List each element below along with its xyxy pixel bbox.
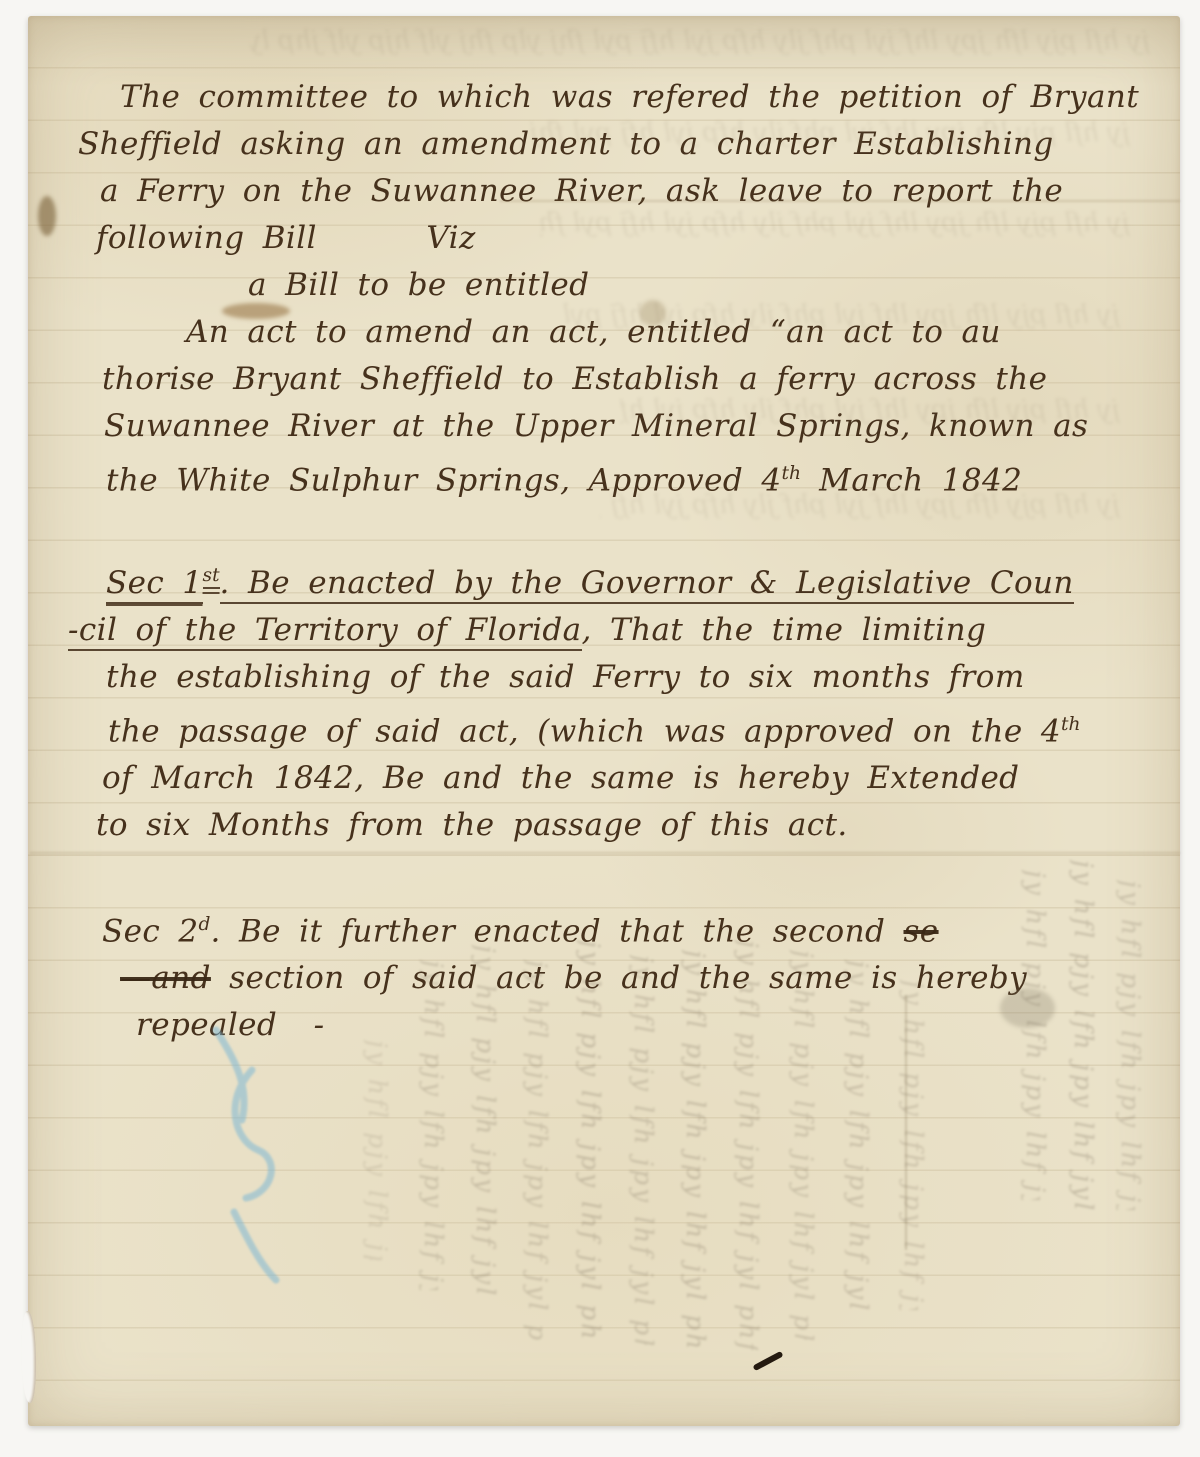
manuscript-text: d xyxy=(199,914,211,935)
manuscript-text: repealed - xyxy=(136,1007,325,1043)
manuscript-text: th xyxy=(781,463,800,484)
torn-edge xyxy=(21,1311,36,1403)
manuscript-line: Sec 2d. Be it further enacted that the s… xyxy=(102,901,1154,955)
manuscript-line: repealed - xyxy=(136,1002,1154,1049)
paper-stain xyxy=(38,196,56,236)
manuscript-line: a Ferry on the Suwannee River, ask leave… xyxy=(100,168,1154,215)
manuscript-text: , That the time limiting xyxy=(582,612,987,648)
manuscript-line: to six Months from the passage of this a… xyxy=(96,802,1154,849)
manuscript-text: following Bill Viz xyxy=(96,220,476,256)
paper-crease xyxy=(30,852,1180,854)
manuscript-line: —and section of said act be and the same… xyxy=(120,955,1154,1002)
manuscript-text: The committee to which was refered the p… xyxy=(120,79,1139,115)
manuscript-page: The committee to which was refered the p… xyxy=(28,16,1180,1426)
manuscript-line: thorise Bryant Sheffield to Establish a … xyxy=(102,356,1154,403)
manuscript-text: a Ferry on the Suwannee River, ask leave… xyxy=(100,173,1063,209)
manuscript-text: March 1842 xyxy=(801,462,1022,498)
manuscript-line: Sec 1st. Be enacted by the Governor & Le… xyxy=(106,552,1154,606)
manuscript-line: following Bill Viz xyxy=(96,215,1154,262)
manuscript-text: section of said act be and the same is h… xyxy=(211,960,1027,996)
manuscript-line: the establishing of the said Ferry to si… xyxy=(106,654,1154,701)
paper-crease xyxy=(905,995,907,1250)
manuscript-text: -cil of the Territory of Florida xyxy=(68,612,582,651)
manuscript-text: st xyxy=(203,565,220,589)
manuscript-text: to six Months from the passage of this a… xyxy=(96,807,848,843)
manuscript-text: —and xyxy=(120,960,211,996)
manuscript-line: An act to amend an act, entitled “an act… xyxy=(186,309,1154,356)
manuscript-text: Sheffield asking an amendment to a chart… xyxy=(78,126,1054,162)
stray-ink-stroke xyxy=(752,1351,783,1371)
bleedthrough-column: jy hfl pjy lfh jpy lhf jyl phf jly hfp j… xyxy=(362,1040,392,1260)
manuscript-text: a Bill to be entitled xyxy=(248,267,589,303)
manuscript-text: thorise Bryant Sheffield to Establish a … xyxy=(102,361,1047,397)
manuscript-text: se xyxy=(904,913,939,949)
manuscript-line: the White Sulphur Springs, Approved 4th … xyxy=(106,450,1154,504)
manuscript-line: -cil of the Territory of Florida, That t… xyxy=(68,607,1154,654)
blue-pencil-mark xyxy=(200,1012,310,1302)
manuscript-text: An act to amend an act, entitled “an act… xyxy=(186,314,1001,350)
bleedthrough-row: jy hfl pjy lfh jpy lhf jyl phf jly hfp j… xyxy=(250,26,1150,62)
manuscript-text: Sec 2 xyxy=(102,913,199,949)
manuscript-line: Sheffield asking an amendment to a chart… xyxy=(78,121,1154,168)
manuscript-text: Sec 1 xyxy=(106,565,203,604)
manuscript-text: the establishing of the said Ferry to si… xyxy=(106,659,1025,695)
manuscript-text: the White Sulphur Springs, Approved 4 xyxy=(106,462,781,498)
manuscript-line: The committee to which was refered the p… xyxy=(120,74,1154,121)
manuscript-text: th xyxy=(1061,714,1080,735)
manuscript-text: Suwannee River at the Upper Mineral Spri… xyxy=(104,408,1088,444)
manuscript-text: . Be enacted by the Governor & Legislati… xyxy=(220,565,1074,604)
paper-crease xyxy=(500,200,1180,202)
manuscript-text: of March 1842, Be and the same is hereby… xyxy=(102,760,1019,796)
manuscript-line: of March 1842, Be and the same is hereby… xyxy=(102,755,1154,802)
manuscript-line: the passage of said act, (which was appr… xyxy=(108,701,1154,755)
manuscript-line: a Bill to be entitled xyxy=(248,262,1154,309)
manuscript-text: . Be it further enacted that the second xyxy=(210,913,903,949)
manuscript-line: Suwannee River at the Upper Mineral Spri… xyxy=(104,403,1154,450)
manuscript-lines: The committee to which was refered the p… xyxy=(68,74,1154,1049)
scanned-document-view: { "page": { "background_color": "#f7f6f3… xyxy=(0,0,1200,1457)
manuscript-text: the passage of said act, (which was appr… xyxy=(108,713,1061,749)
